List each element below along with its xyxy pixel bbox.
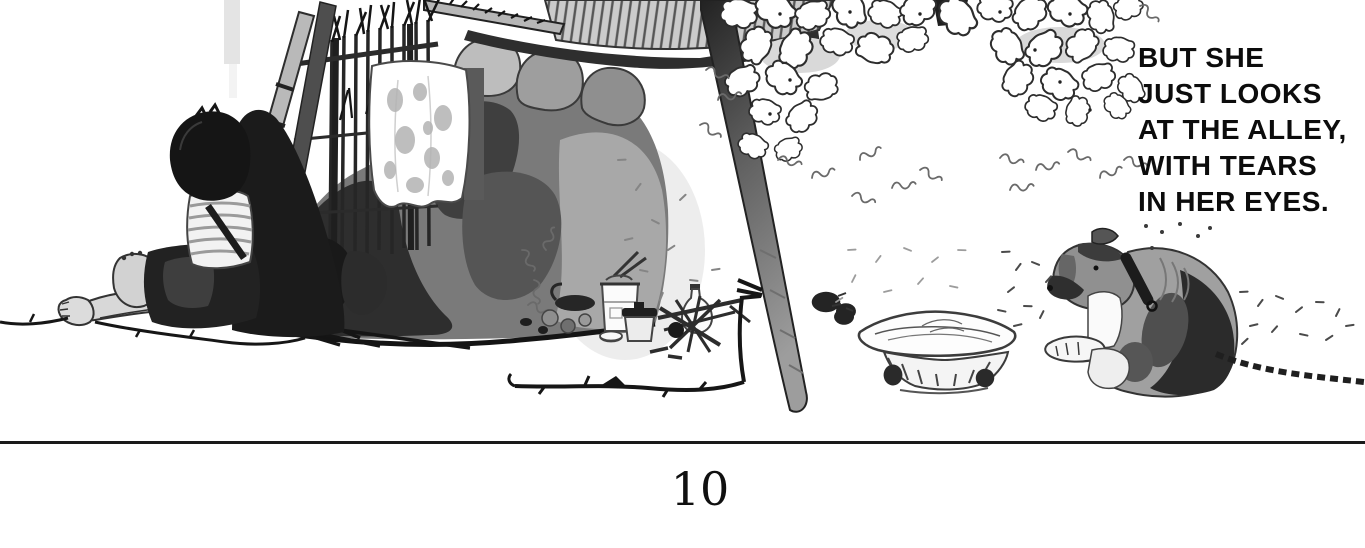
pan [555, 295, 595, 311]
hanging-cloth [369, 61, 484, 207]
caption-line: AT THE ALLEY, [1138, 112, 1347, 148]
chained-dog [1045, 229, 1237, 397]
caption-line: BUT SHE [1138, 40, 1347, 76]
sitting-child [59, 105, 261, 328]
dog-chain [1216, 354, 1364, 382]
caption-line: IN HER EYES. [1138, 184, 1347, 220]
panel-border [0, 441, 1365, 444]
dust-specks-center [835, 246, 965, 302]
scan-streak [224, 0, 240, 98]
bowl [600, 332, 622, 342]
narration-caption: BUT SHE JUST LOOKS AT THE ALLEY, WITH TE… [1138, 40, 1347, 220]
caption-line: WITH TEARS [1138, 148, 1347, 184]
caption-line: JUST LOOKS [1138, 76, 1347, 112]
woven-basket [832, 293, 1015, 393]
page-number: 10 [650, 462, 750, 516]
manga-page: BUT SHE JUST LOOKS AT THE ALLEY, WITH TE… [0, 0, 1365, 548]
ground-rope [509, 374, 744, 397]
